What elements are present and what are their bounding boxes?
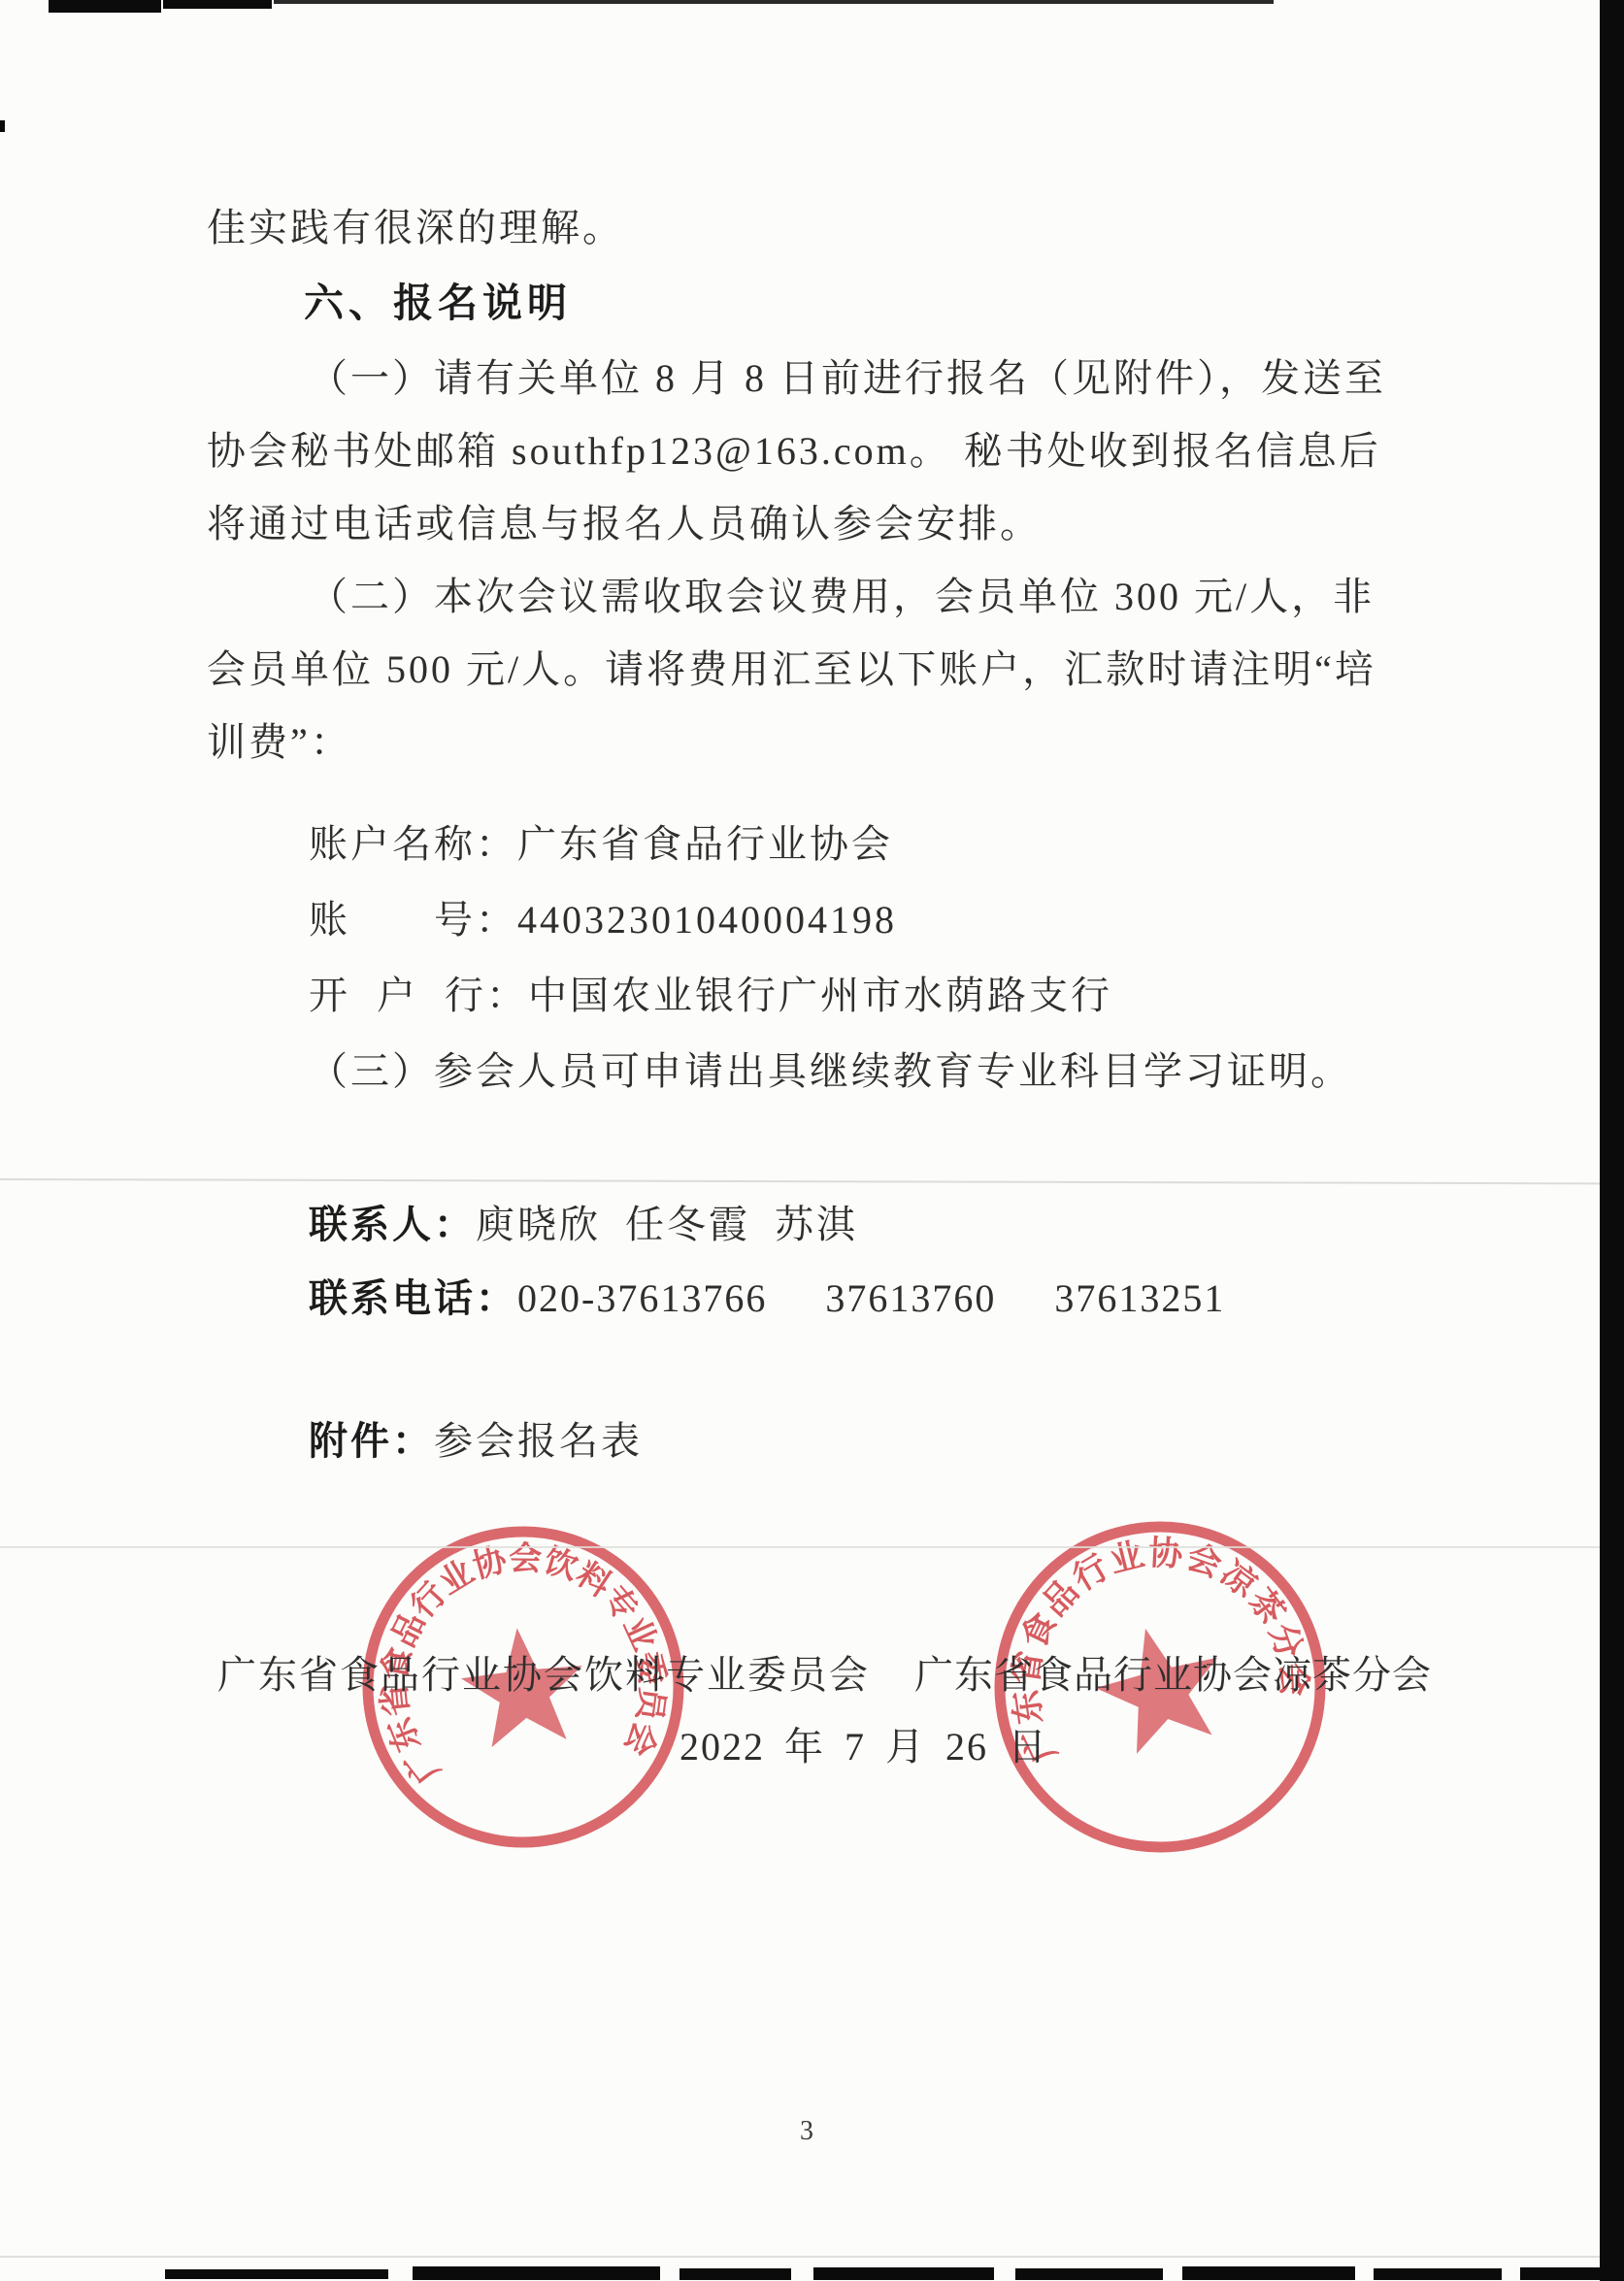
- account-name-row: 账户名称：广东省食品行业协会: [309, 819, 893, 870]
- signature-org-right: 广东省食品行业协会凉茶分会: [914, 1650, 1432, 1701]
- account-name-value: 广东省食品行业协会: [517, 822, 893, 866]
- scanned-document-page: 佳实践有很深的理解。 六、报名说明 （一）请有关单位 8 月 8 日前进行报名（…: [0, 0, 1624, 2281]
- paragraph1-line3: 将通过电话或信息与报名人员确认参会安排。: [207, 499, 1042, 549]
- paragraph1-line1: （一）请有关单位 8 月 8 日前进行报名（见附件），发送至: [309, 353, 1386, 404]
- section-heading: 六、报名说明: [304, 278, 572, 328]
- account-number-label: 账 号：: [309, 898, 517, 942]
- paragraph2-line3: 训费”：: [207, 717, 352, 768]
- scan-edge-bottom-segment: [679, 2268, 791, 2280]
- paragraph2-line1: （二）本次会议需收取会议费用，会员单位 300 元/人，非: [309, 572, 1375, 622]
- scan-edge-top-segment: [274, 0, 1274, 4]
- paragraph2-line2: 会员单位 500 元/人。请将费用汇至以下账户，汇款时请注明“培: [207, 645, 1376, 695]
- account-name-label: 账户名称：: [309, 822, 517, 866]
- scan-edge-bottom-segment: [165, 2269, 388, 2279]
- account-number-value: 44032301040004198: [517, 898, 897, 942]
- scan-faint-line: [0, 2256, 1611, 2258]
- attachment-row: 附件：参会报名表: [309, 1416, 643, 1467]
- scan-edge-bottom-segment: [413, 2266, 660, 2280]
- account-number-row: 账 号：44032301040004198: [309, 895, 897, 945]
- scan-edge-bottom-segment: [1520, 2267, 1604, 2280]
- scan-edge-top-segment: [49, 0, 161, 13]
- contact-person-label: 联系人：: [309, 1204, 476, 1246]
- scan-edge-bottom-segment: [1374, 2268, 1502, 2280]
- account-bank-row: 开 户 行：中国农业银行广州市水荫路支行: [309, 971, 1112, 1021]
- scan-edge-bottom-segment: [1182, 2266, 1355, 2280]
- account-bank-label: 开 户 行：: [309, 974, 528, 1017]
- contact-phone-value: 020-37613766 37613760 37613251: [517, 1276, 1225, 1320]
- account-bank-value: 中国农业银行广州市水荫路支行: [528, 974, 1112, 1017]
- intro-line: 佳实践有很深的理解。: [207, 203, 624, 253]
- scan-edge-bottom-segment: [813, 2267, 994, 2280]
- signature-date: 2022 年 7 月 26 日: [679, 1722, 1048, 1772]
- contact-phone-row: 联系电话：020-37613766 37613760 37613251: [309, 1273, 1225, 1324]
- scan-edge-bottom-segment: [1015, 2268, 1163, 2280]
- attachment-value: 参会报名表: [434, 1419, 643, 1463]
- signature-org-left: 广东省食品行业协会饮料专业委员会: [217, 1650, 870, 1701]
- scan-faint-line: [0, 1178, 1600, 1184]
- paragraph3-line1: （三）参会人员可申请出具继续教育专业科目学习证明。: [309, 1046, 1352, 1097]
- page-number: 3: [782, 2116, 831, 2147]
- attachment-label: 附件：: [309, 1420, 434, 1463]
- paragraph1-line2: 协会秘书处邮箱 southfp123@163.com。 秘书处收到报名信息后: [207, 426, 1381, 477]
- scan-edge-right-strip: [1600, 0, 1624, 2281]
- contact-phone-label: 联系电话：: [309, 1277, 517, 1320]
- contact-person-value: 庾晓欣 任冬霞 苏淇: [476, 1203, 858, 1246]
- scan-faint-line: [0, 1546, 1624, 1548]
- scan-edge-left-notch: [0, 120, 5, 132]
- scan-edge-top-segment: [163, 0, 272, 9]
- contact-person-row: 联系人：庾晓欣 任冬霞 苏淇: [309, 1200, 858, 1250]
